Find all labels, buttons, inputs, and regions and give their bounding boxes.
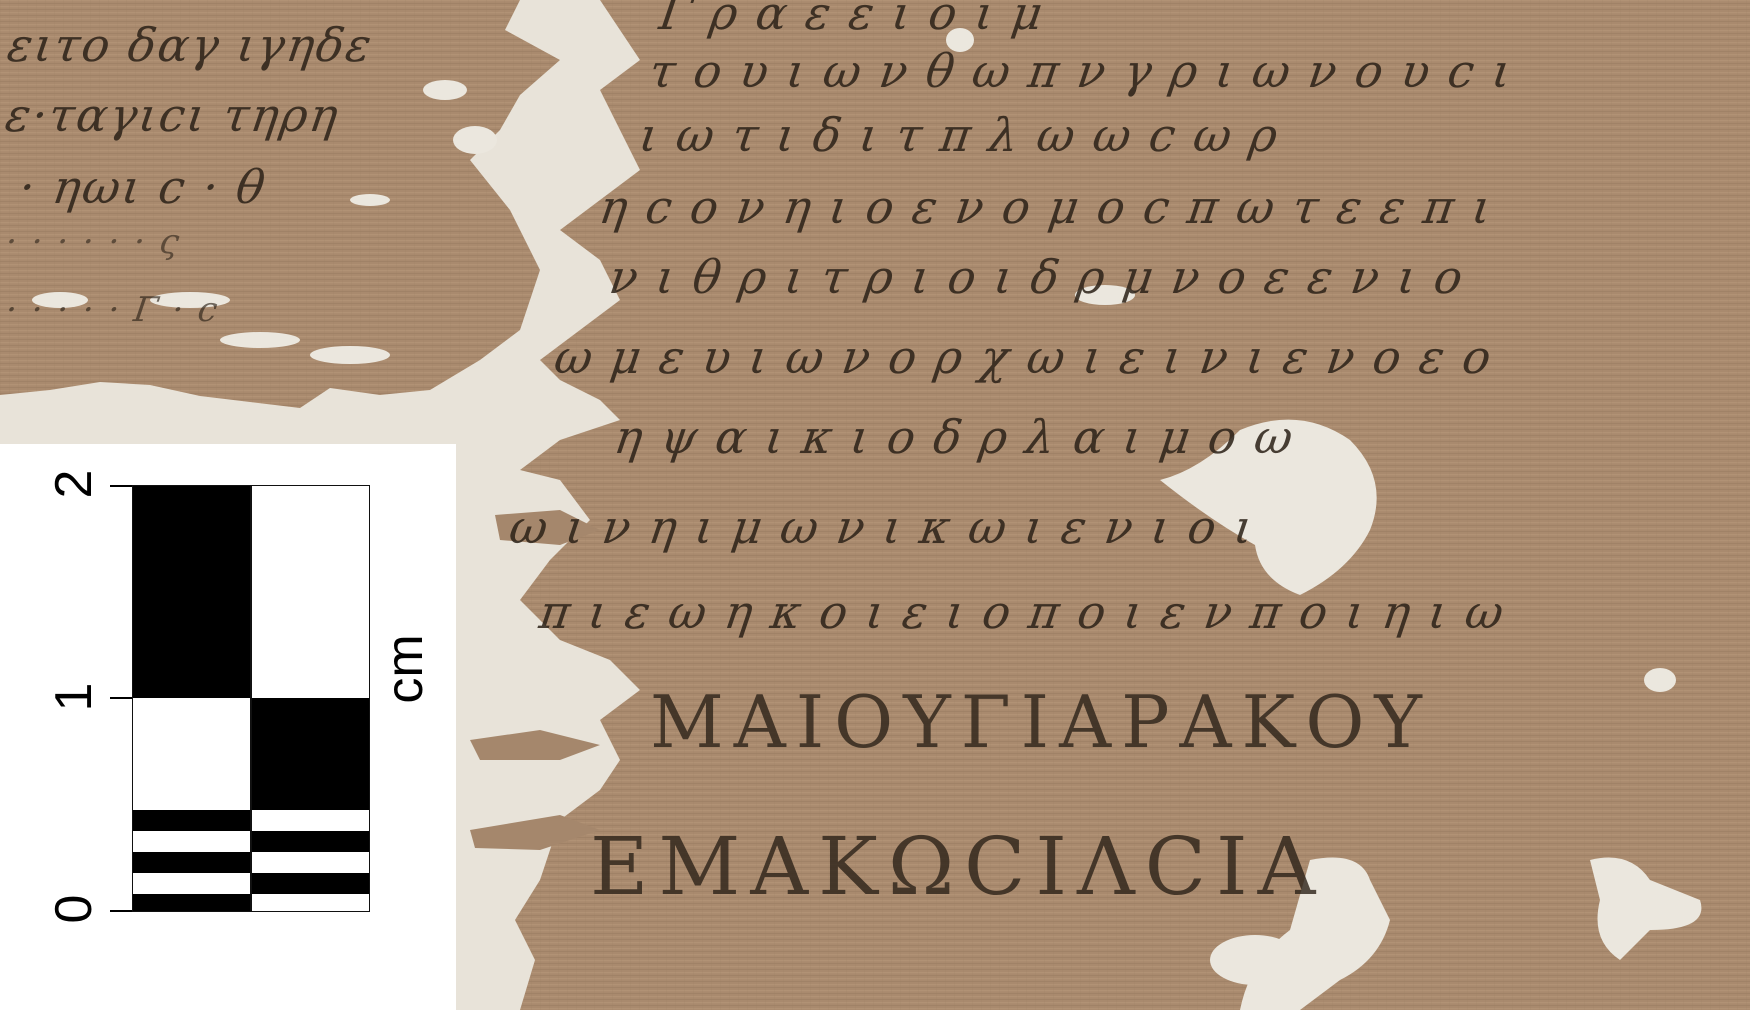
text-line: ι ω τ ι δ ι τ π λ ω ω c ω ρ	[636, 108, 1283, 162]
uncial-text-line: ΕΜΑΚΩCΙΛCΙΑ	[590, 820, 1325, 913]
uncial-text-line: ΜΑΙΟΥΓΙΑΡΑΚΟΥ	[650, 680, 1432, 764]
text-line: η ψ α ι κ ι ο δ ρ λ α ι μ ο ω	[611, 410, 1298, 464]
scale-segment-black	[133, 810, 251, 831]
tick-label-2: 2	[44, 454, 104, 514]
text-line: Γ ρ α ε ε ι ο ι μ	[656, 0, 1048, 40]
scale-segment-black	[133, 894, 251, 911]
scale-bar	[132, 485, 370, 912]
scale-segment-black	[251, 698, 369, 810]
text-line: · ηωι c · θ	[16, 160, 270, 214]
tick-mark	[110, 910, 134, 912]
scale-segment-black	[133, 486, 251, 698]
text-line: τ ο υ ι ω ν θ ω π ν γ ρ ι ω ν ο υ c ι	[646, 44, 1516, 98]
text-line: ειτο δαγ ιγηδε	[4, 18, 376, 72]
tick-label-0: 0	[44, 879, 104, 939]
tick-mark	[110, 697, 134, 699]
scale-segment-black	[133, 852, 251, 873]
text-line: · · · · · · ς	[3, 222, 183, 262]
scale-divider	[250, 486, 252, 911]
text-line: η c ο ν η ι ο ε ν ο μ ο c π ω τ ε ε π ι	[596, 180, 1496, 234]
text-line: π ι ε ω η κ ο ι ε ι ο π ο ι ε ν π ο ι η …	[536, 585, 1509, 639]
tick-label-1: 1	[44, 667, 104, 727]
tick-mark	[110, 485, 134, 487]
text-line: ε·ταγιcι τηρη	[2, 88, 343, 142]
text-line: ω ι ν η ι μ ω ν ι κ ω ι ε ν ι ο ι	[506, 500, 1258, 554]
unit-label: cm	[375, 619, 435, 719]
text-line: ω μ ε υ ι ω ν ο ρ χ ω ι ε ι ν ι ε ν ο ε …	[551, 330, 1496, 384]
scale-segment-black	[251, 831, 369, 852]
text-line: · · · · · Γ · c	[3, 290, 222, 330]
scale-segment-black	[251, 873, 369, 894]
scale-bar-panel: 2 1 0 cm	[0, 444, 456, 1010]
text-line: ν ι θ ρ ι τ ρ ι ο ι δ ρ μ ν ο ε ε ν ι ο	[606, 250, 1468, 304]
